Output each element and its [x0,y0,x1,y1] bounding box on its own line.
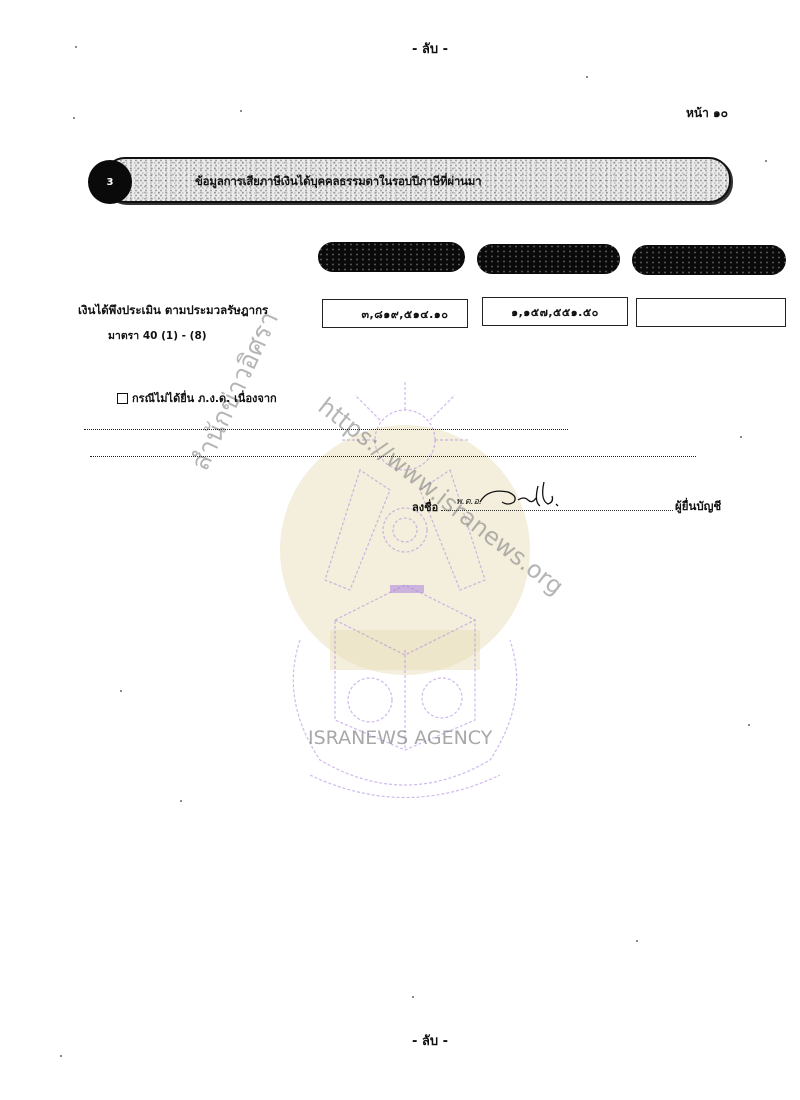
page-number: หน้า ๑๐ [686,104,728,123]
scan-speck [412,996,414,998]
income-row-sublabel: มาตรา 40 (1) - (8) [108,327,207,344]
classification-bottom: - ลับ - [0,1030,800,1051]
scan-speck [120,690,122,692]
signature-role: ผู้ยื่นบัญชี [675,498,721,516]
watermark-emblem [220,380,590,820]
scan-speck [60,1055,62,1057]
classification-top: - ลับ - [0,38,800,59]
column-header-1 [318,242,465,272]
column-header-3 [632,245,786,275]
signature-label: ลงชื่อ [412,498,438,516]
income-value-1: ๓,๘๑๙,๕๑๔.๑๐ [322,299,468,328]
scan-speck [180,800,182,802]
not-filed-label: กรณีไม่ได้ยื่น ภ.ง.ด. เนื่องจาก [132,389,277,407]
reason-line-2 [90,456,696,457]
scan-speck [240,110,242,112]
income-row-label: เงินได้พึงประเมิน ตามประมวลรัษฎากร [78,302,268,320]
scan-speck [75,46,77,48]
scan-speck [586,76,588,78]
scan-speck [748,724,750,726]
scan-speck [765,160,767,162]
income-value-2: ๑,๑๕๗,๕๕๑.๕๐ [482,297,628,326]
scan-speck [636,940,638,942]
not-filed-option: กรณีไม่ได้ยื่น ภ.ง.ด. เนื่องจาก [117,389,277,407]
column-header-2 [477,244,620,274]
section-number-badge: 3 [88,160,132,204]
signature-scribble-icon [478,478,568,514]
income-value-3 [636,298,786,327]
watermark-agency-text: ISRANEWS AGENCY [308,727,492,749]
scan-speck [73,117,75,119]
scan-speck [740,436,742,438]
not-filed-checkbox [117,393,128,404]
reason-line-1 [84,429,568,430]
section-title: ข้อมูลการเสียภาษีเงินได้บุคคลธรรมดาในรอบ… [195,173,481,191]
